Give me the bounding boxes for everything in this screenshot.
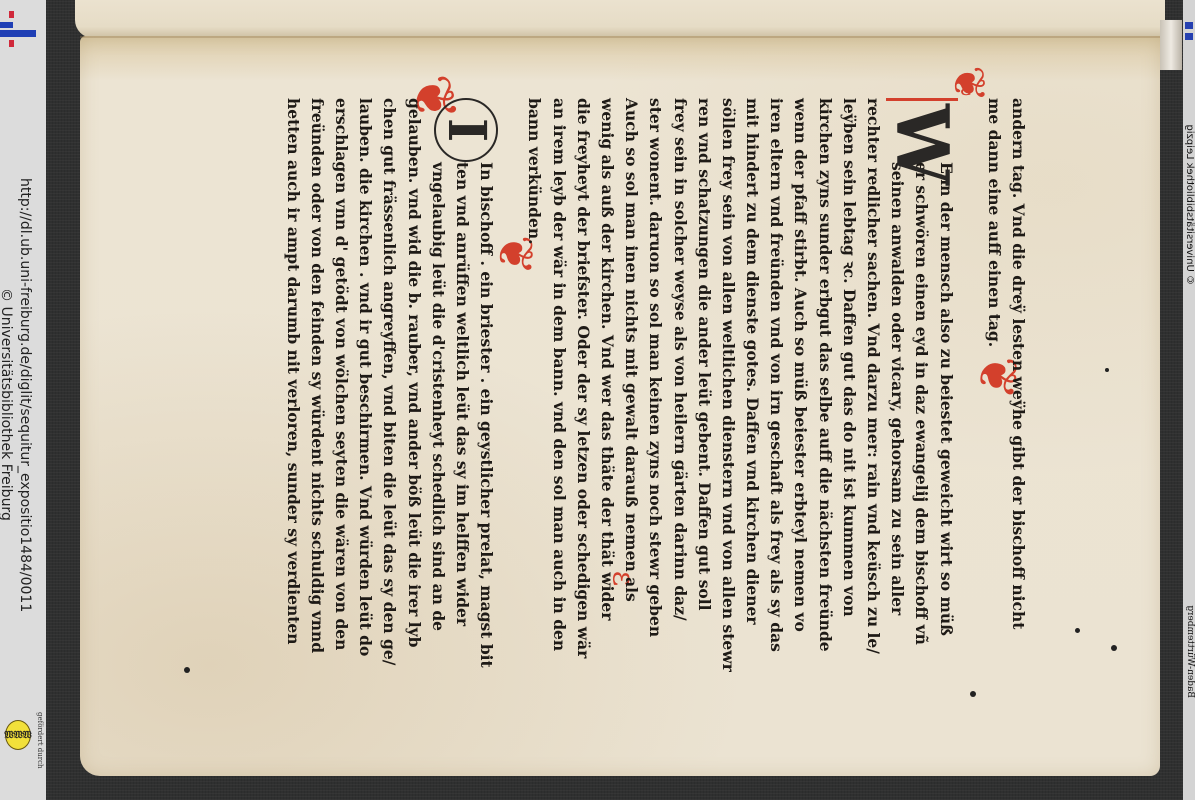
source-url[interactable]: http://dl.ub.uni-freiburg.de/diglit/sequ… [17, 178, 33, 612]
text-line: frey sein in solcher weyse als von heile… [667, 98, 691, 618]
left-info-strip: http://dl.ub.uni-freiburg.de/diglit/sequ… [0, 0, 46, 800]
page-fold [80, 36, 1160, 38]
text-line: lauben. die kirchen . vnd ir gut beschir… [353, 98, 377, 618]
text-line: söllen frey sein von allen weltlichen di… [716, 98, 740, 618]
wormhole-dot [1111, 645, 1117, 651]
text-line: ren vnd schatzungen die ander leüt geben… [692, 98, 716, 618]
initial-letter-i: I [434, 98, 498, 162]
manuscript-text: andern tag. Vnd die dreÿ lesten weÿhe gi… [230, 98, 1030, 618]
text-line: In bischoff . ein briester . ein geystli… [474, 98, 498, 618]
logo-red-mark-bottom [9, 40, 14, 47]
text-line: an irem leyb der wär in dem bann. vnd de… [546, 98, 570, 618]
text-line: Auch so sol man inen nichts mit gewalt d… [619, 98, 643, 618]
previous-page-edge [75, 0, 1165, 38]
text-line: mit hindert zu dem dienste gotes. Daffen… [740, 98, 764, 618]
text-line: iren eltern vnd freünden vnd von irn ges… [764, 98, 788, 618]
text-line: freünden oder von den feinden sy würdent… [305, 98, 329, 618]
mirrored-copyright-bleed: © Universitätsbibliothek Leipzig [1184, 124, 1195, 285]
funder-seal-icon: 𝔚𝔚𝔚 [5, 720, 31, 750]
logo-blue-bar-long [0, 30, 36, 37]
text-line: die freyheyt der briefster. Oder der sy … [571, 98, 595, 618]
text-line: wenig als auß der kirchen. Vnd wer das t… [595, 98, 619, 618]
text-line: ster wonent. daruon so sol man keinen zy… [643, 98, 667, 618]
copyright-notice: © Universitätsbibliothek Freiburg [0, 288, 14, 521]
wormhole-dot [1105, 368, 1109, 372]
right-blue-mark-1 [1185, 22, 1193, 29]
text-line: hetten auch ir ampt darumb nit verloren,… [281, 98, 305, 618]
text-line: andern tag. Vnd die dreÿ lesten weÿhe gi… [1006, 98, 1030, 618]
wormhole-dot [970, 691, 976, 697]
initial-letter-w: W [886, 98, 958, 185]
right-blue-mark-2 [1185, 33, 1193, 40]
manuscript-page: ❦ ❦ ❦ ❦ ɛ ɛ andern tag. Vnd die dreÿ les… [80, 36, 1160, 776]
text-line: chen gut frässenlich angreyffen, vnd bit… [377, 98, 401, 618]
logo-blue-bar-short [0, 22, 13, 28]
wormhole-dot [1075, 628, 1080, 633]
text-line: ten vnd anrüffen weltlich leüt das sy im… [450, 98, 474, 618]
text-line: vngelaubig leüt die d'cristenheyt schedl… [426, 98, 450, 618]
text-line: wenn der pfaff stirbt. Auch so müß beies… [788, 98, 812, 618]
spine-clip [1160, 20, 1182, 70]
wormhole-dot [184, 667, 190, 673]
text-line: leÿben sein lebtag ꝛc. Daffen gut das do… [837, 98, 861, 618]
text-line: gelauben. vnd wid die b. rauber, vnd and… [402, 98, 426, 618]
text-line: kirchen zyns sunder erbgut das selbe auf… [813, 98, 837, 618]
text-line: me dann eine auff einen tag. [982, 98, 1006, 618]
text-line: bann verkünden. [522, 98, 546, 618]
logo-red-mark-top [9, 11, 14, 18]
mirrored-funder-bleed: Baden-Württemberg [1185, 605, 1195, 698]
text-line: erschlagen vnn d' getödt von wölchen sey… [329, 98, 353, 618]
funder-label: gefördert durch [36, 712, 44, 769]
